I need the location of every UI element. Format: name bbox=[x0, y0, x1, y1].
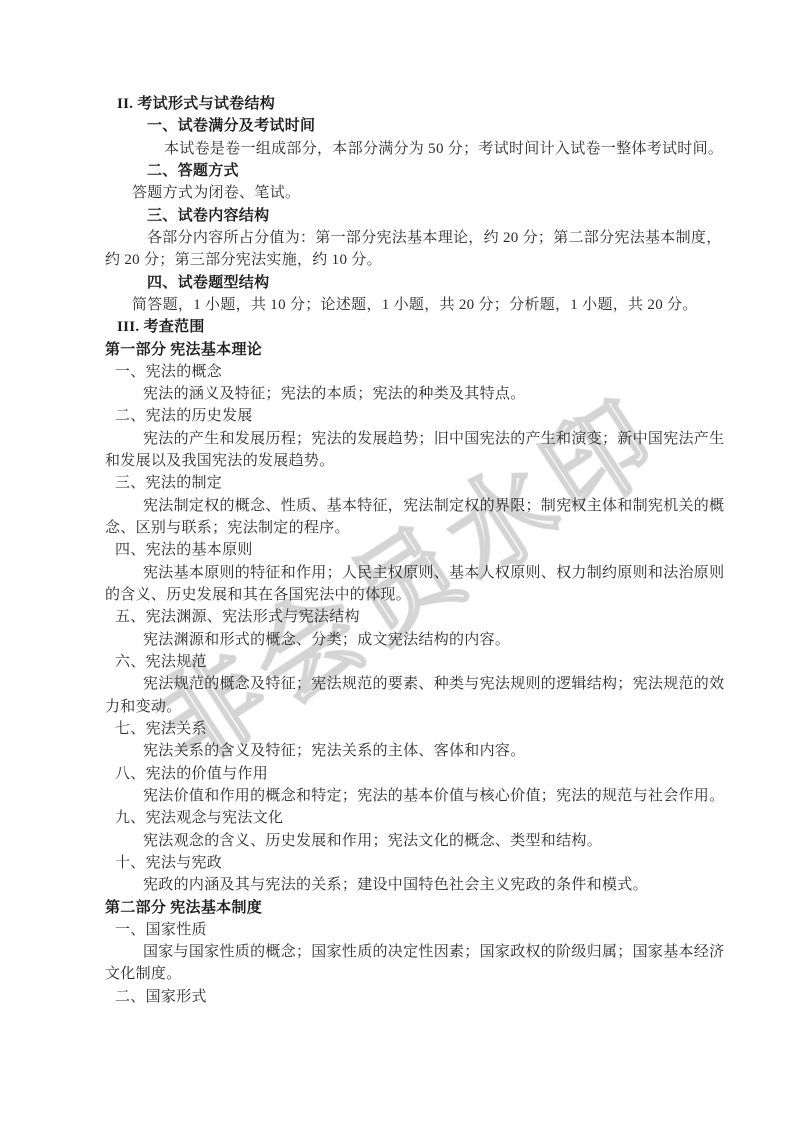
doc-line: 第一部分 宪法基本理论 bbox=[105, 339, 262, 361]
doc-line: 和发展以及我国宪法的发展趋势。 bbox=[105, 450, 335, 472]
doc-line: 文化制度。 bbox=[105, 963, 182, 985]
doc-line: 二、国家形式 bbox=[115, 986, 207, 1008]
doc-line: 十、宪法与宪政 bbox=[115, 852, 222, 874]
doc-line: 约 20 分；第三部分宪法实施，约 10 分。 bbox=[105, 249, 382, 271]
doc-line: 宪法规范的概念及特征；宪法规范的要素、种类与宪法规则的逻辑结构；宪法规范的效 bbox=[143, 673, 724, 695]
doc-line: 六、宪法规范 bbox=[115, 651, 207, 673]
doc-line: 简答题，1 小题，共 10 分；论述题，1 小题，共 20 分；分析题，1 小题… bbox=[132, 294, 698, 316]
doc-line: 一、国家性质 bbox=[115, 919, 207, 941]
doc-line: 的含义、历史发展和其在各国宪法中的体现。 bbox=[105, 584, 411, 606]
doc-line: 宪法关系的含义及特征；宪法关系的主体、客体和内容。 bbox=[143, 740, 526, 762]
doc-line: 二、答题方式 bbox=[147, 160, 239, 182]
doc-line: 七、宪法关系 bbox=[115, 718, 207, 740]
doc-line: 一、宪法的概念 bbox=[115, 361, 222, 383]
doc-line: 第二部分 宪法基本制度 bbox=[105, 897, 262, 919]
doc-line: 宪法的涵义及特征；宪法的本质；宪法的种类及其特点。 bbox=[143, 383, 526, 405]
doc-line: 宪法制定权的概念、性质、基本特征，宪法制定权的界限；制宪权主体和制宪机关的概 bbox=[143, 495, 724, 517]
doc-line: 二、宪法的历史发展 bbox=[115, 405, 253, 427]
doc-line: 三、宪法的制定 bbox=[115, 472, 222, 494]
doc-line: 国家与国家性质的概念；国家性质的决定性因素；国家政权的阶级归属；国家基本经济 bbox=[143, 941, 724, 963]
doc-line: 宪法价值和作用的概念和特定；宪法的基本价值与核心价值；宪法的规范与社会作用。 bbox=[143, 785, 724, 807]
doc-line: 三、试卷内容结构 bbox=[147, 205, 269, 227]
document-content: II. 考试形式与试卷结构一、试卷满分及考试时间本试卷是卷一组成部分，本部分满分… bbox=[0, 0, 793, 1122]
doc-line: 宪法的产生和发展历程；宪法的发展趋势；旧中国宪法的产生和演变；新中国宪法产生 bbox=[143, 428, 724, 450]
doc-line: 九、宪法观念与宪法文化 bbox=[115, 807, 283, 829]
doc-line: 念、区别与联系；宪法制定的程序。 bbox=[105, 517, 350, 539]
doc-line: 各部分内容所占分值为：第一部分宪法基本理论，约 20 分；第二部分宪法基本制度， bbox=[147, 227, 722, 249]
doc-line: 四、宪法的基本原则 bbox=[115, 539, 253, 561]
doc-line: 五、宪法渊源、宪法形式与宪法结构 bbox=[115, 606, 360, 628]
doc-line: 宪法基本原则的特征和作用；人民主权原则、基本人权原则、权力制约原则和法治原则 bbox=[143, 562, 724, 584]
doc-line: 宪法渊源和形式的概念、分类；成文宪法结构的内容。 bbox=[143, 629, 510, 651]
doc-line: 宪法观念的含义、历史发展和作用；宪法文化的概念、类型和结构。 bbox=[143, 830, 602, 852]
doc-line: 力和变动。 bbox=[105, 696, 182, 718]
doc-line: II. 考试形式与试卷结构 bbox=[117, 93, 275, 115]
doc-line: 本试卷是卷一组成部分，本部分满分为 50 分；考试时间计入试卷一整体考试时间。 bbox=[164, 138, 723, 160]
doc-line: 四、试卷题型结构 bbox=[147, 272, 269, 294]
doc-line: 宪政的内涵及其与宪法的关系；建设中国特色社会主义宪政的条件和模式。 bbox=[143, 874, 648, 896]
doc-line: III. 考查范围 bbox=[117, 316, 205, 338]
doc-line: 一、试卷满分及考试时间 bbox=[147, 115, 315, 137]
doc-line: 八、宪法的价值与作用 bbox=[115, 763, 268, 785]
doc-line: 答题方式为闭卷、笔试。 bbox=[132, 182, 300, 204]
document-page: 非会员水印 II. 考试形式与试卷结构一、试卷满分及考试时间本试卷是卷一组成部分… bbox=[0, 0, 793, 1122]
